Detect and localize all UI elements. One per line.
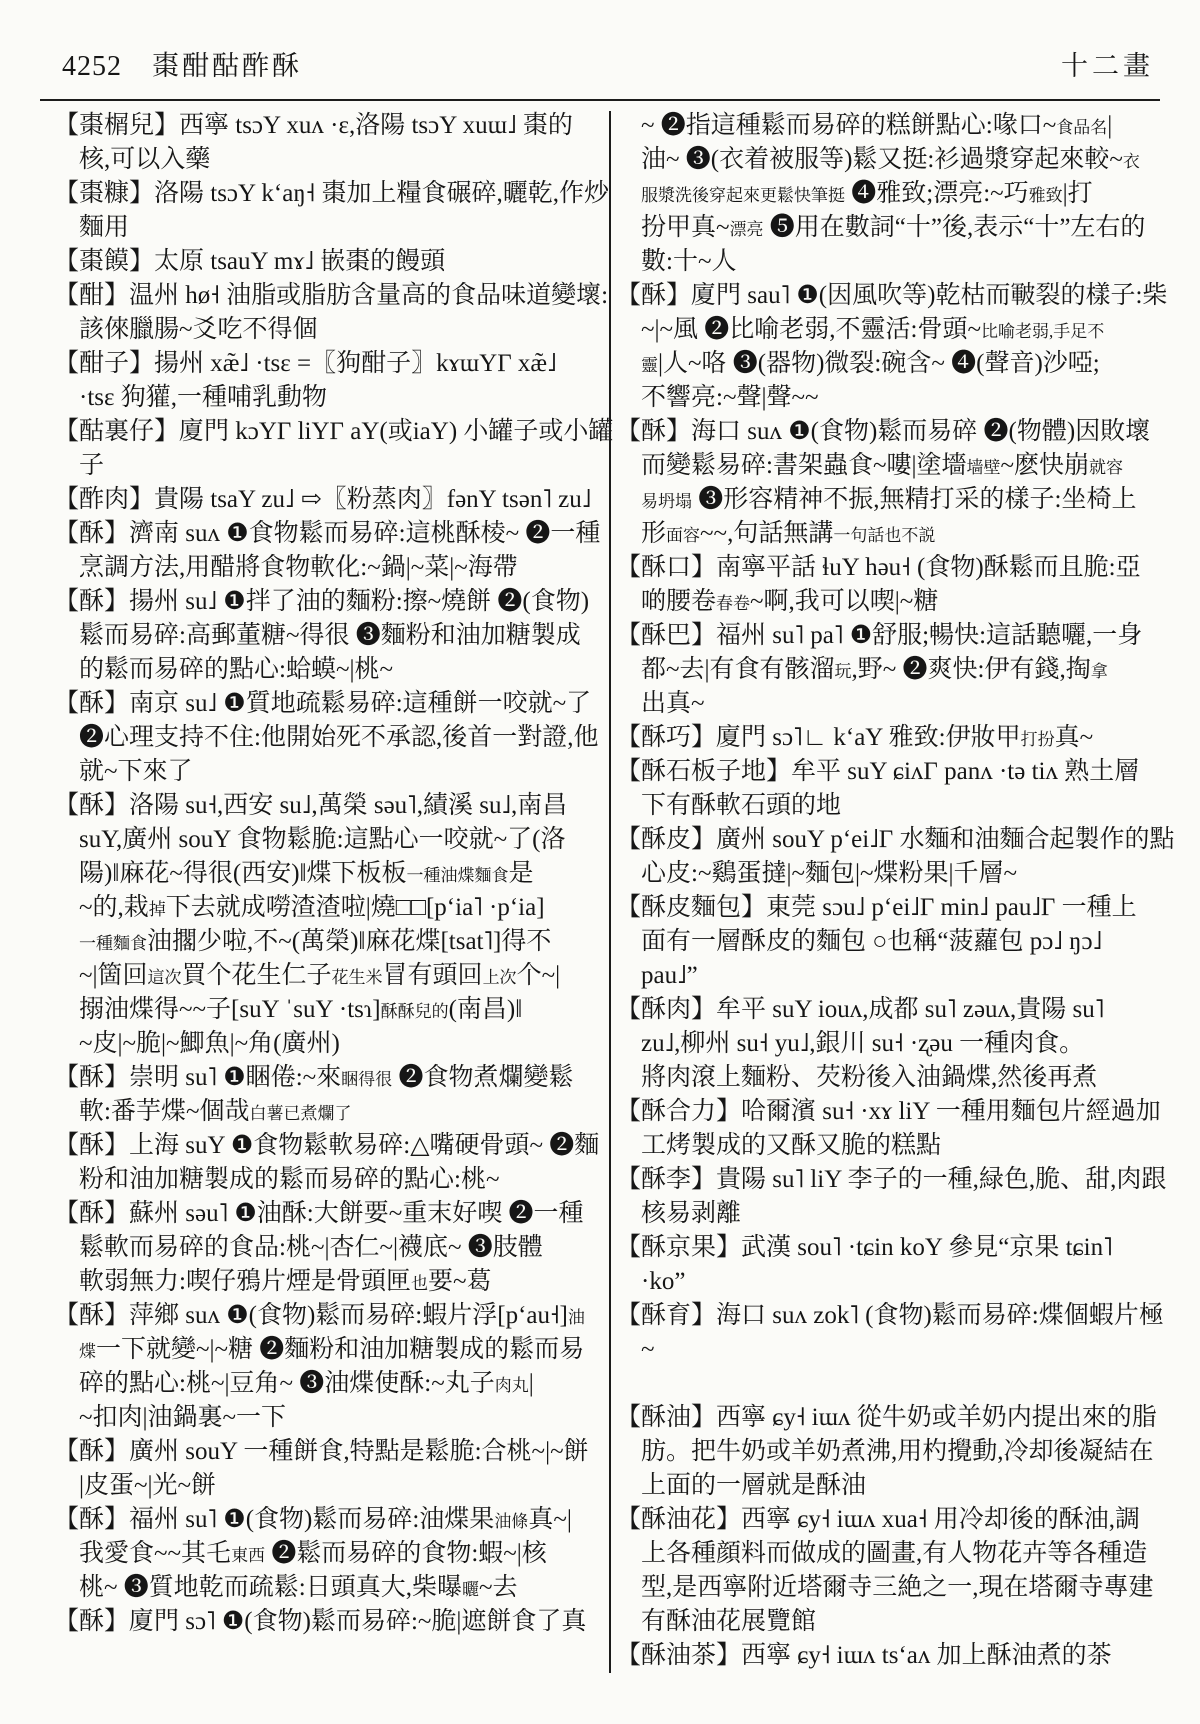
dictionary-line: 肪。把牛奶或羊奶煮沸,用杓攪動,冷却後凝結在 (616, 1435, 1168, 1469)
entry-text: 軟:番芋煠~個哉 (79, 1098, 249, 1125)
dictionary-line: 一種麵食油擱少啦,不~(萬榮)‖麻花煠[tsat˥]得不 (54, 925, 606, 959)
entry-text: ~|箇回 (79, 962, 148, 989)
gloss-small-text: 煠 (79, 1342, 96, 1361)
entry-text: 鬆軟而易碎的食品:桃~|杏仁~|襪底~ ❸肢體 (79, 1234, 543, 1261)
dictionary-line: 型,是西寧附近塔爾寺三絶之一,現在塔爾寺專建 (616, 1571, 1168, 1605)
gloss-small-text: 雅致 (1029, 186, 1063, 205)
entry-text: 面有一層酥皮的麵包 ○也稱“菠蘿包 pɔ˩ ŋɔ˩ (641, 928, 1102, 955)
running-head-right: 十二畫 (1061, 50, 1154, 82)
dictionary-line: ~ (616, 1333, 1168, 1367)
entry-text: 我愛食~~其乇 (79, 1540, 231, 1567)
dictionary-line: 扮甲真~漂亮 ❺用在數詞“十”後,表示“十”左右的 (616, 211, 1168, 245)
gloss-small-text: 酥酥兒的 (381, 1002, 449, 1021)
entry-text: 形 (641, 520, 666, 547)
dictionary-line: 而變鬆易碎:書架蟲食~嘍|塗墻墙壁~麽快崩就容 (616, 449, 1168, 483)
gloss-small-text: 靈 (641, 356, 658, 375)
gloss-small-text: 食品名 (1056, 118, 1107, 137)
dictionary-line: 油~ ❸(衣着被服等)鬆又挺:衫過漿穿起來較~衣 (616, 143, 1168, 177)
entry-text: 【酥】濟南 suʌ ❶食物鬆而易碎:這桃酥棱~ ❷一種 (54, 520, 600, 547)
entry-text: 【酥京果】武漢 sou˥ ·tɕin koY 參見“京果 tɕin˥ (616, 1234, 1113, 1261)
dictionary-line: 上面的一層就是酥油 (616, 1469, 1168, 1503)
entry-text: 【酥】福州 su˥ ❶(食物)鬆而易碎:油煠果 (54, 1506, 494, 1533)
dictionary-line: ~ ❷指這種鬆而易碎的糕餅點心:喙口~食品名| (616, 109, 1168, 143)
entry-text: 【酥】萍鄉 suʌ ❶(食物)鬆而易碎:蝦片浮[pʻau˧] (54, 1302, 568, 1329)
entry-text: 【酥油花】西寧 ɕy˧ iɯʌ xua˧ 用冷却後的酥油,調 (616, 1506, 1140, 1533)
dictionary-line: 就~下來了 (54, 755, 606, 789)
dictionary-line: 軟:番芋煠~個哉白薯已煮爛了 (54, 1095, 606, 1129)
dictionary-line: 粉和油加糖製成的鬆而易碎的點心:桃~ (54, 1163, 606, 1197)
gloss-small-text: 衣 (1123, 152, 1140, 171)
dictionary-line: 核易剥離 (616, 1197, 1168, 1231)
entry-text: 下有酥軟石頭的地 (641, 792, 841, 819)
dictionary-line: 【酥油茶】西寧 ɕy˧ iɯʌ tsʻaʌ 加上酥油煮的茶 (616, 1639, 1168, 1673)
entry-text: 不響亮:~聲|聲~~ (641, 384, 819, 411)
gloss-small-text: 上次 (483, 968, 517, 987)
entry-text: 【酥】廈門 sɔ˥ ❶(食物)鬆而易碎:~脆|遮餅食了真 (54, 1608, 586, 1635)
entry-text: 核易剥離 (641, 1200, 741, 1227)
dictionary-content: 【棗榍兒】西寧 tsɔY xuʌ ·ɛ,洛陽 tsɔY xuɯ˩ 棗的核,可以入… (54, 109, 1168, 1673)
dictionary-line: 【酥肉】牟平 suY iouʌ,成都 su˥ zəuʌ,貴陽 su˥ (616, 993, 1168, 1027)
dictionary-line: pau˩” (616, 959, 1168, 993)
left-column: 【棗榍兒】西寧 tsɔY xuʌ ·ɛ,洛陽 tsɔY xuɯ˩ 棗的核,可以入… (54, 109, 606, 1673)
entry-text: 【酥】洛陽 su˧,西安 su˩,萬榮 səu˥,績溪 su˩,南昌 (54, 792, 567, 819)
entry-text: 真~ (1055, 724, 1094, 751)
entry-text: 是 (509, 860, 534, 887)
dictionary-line: 搦油煠得~~子[suY ˈsuY ·tsɿ]酥酥兒的(南昌)‖ (54, 993, 606, 1027)
dictionary-line: 靈|人~咯 ❸(器物)微裂:碗含~ ❹(聲音)沙啞; (616, 347, 1168, 381)
running-head: 4252 棗酣酤酢酥 十二畫 (62, 50, 1154, 83)
entry-text: ~啊,我可以喫|~糖 (750, 588, 938, 615)
dictionary-line: 將肉滾上麵粉、芡粉後入油鍋煠,然後再煮 (616, 1061, 1168, 1095)
dictionary-line: 【酥】崇明 su˥ ❶睏倦:~來睏得很 ❷食物煮爛變鬆 (54, 1061, 606, 1095)
dictionary-line: 核,可以入藥 (54, 143, 606, 177)
dictionary-line: 【酥】南京 su˩ ❶質地疏鬆易碎:這種餅一咬就~了 (54, 687, 606, 721)
entry-text: 个~| (517, 962, 561, 989)
entry-text: (南昌)‖ (449, 996, 523, 1023)
dictionary-line: 【棗糠】洛陽 tsɔY kʻaŋ˧ 棗加上糧食碾碎,曬乾,作炒 (54, 177, 606, 211)
dictionary-line: 【酤裏仔】廈門 kɔYΓ liYΓ aY(或iaY) 小罐子或小罐 (54, 415, 606, 449)
entry-text: 而變鬆易碎:書架蟲食~嘍|塗墻 (641, 452, 966, 479)
entry-text: zu˩,柳州 su˧ yu˩,銀川 su˧ ·ʐəu 一種肉食。 (641, 1030, 1084, 1057)
dictionary-line: 【酥石板子地】牟平 suY ɕiʌΓ panʌ ·tə tiʌ 熟土層 (616, 755, 1168, 789)
entry-text: 買个花生仁子 (182, 962, 332, 989)
dictionary-line: 【棗饃】太原 tsauY mɤ˩ 嵌棗的饅頭 (54, 245, 606, 279)
entry-text: 的鬆而易碎的點心:蛤蟆~|桃~ (79, 656, 393, 683)
gloss-small-text: 玩 (835, 662, 852, 681)
entry-text: 粉和油加糖製成的鬆而易碎的點心:桃~ (79, 1166, 499, 1193)
gloss-small-text: 曬 (462, 1580, 479, 1599)
dictionary-line: 【酢肉】貴陽 tsaY zu˩ ⇨〖粉蒸肉〗fənY tsən˥ zu˩ (54, 483, 606, 517)
gloss-small-text: 掉 (149, 900, 166, 919)
dictionary-line: 心皮:~鷄蛋撻|~麵包|~煠粉果|千層~ (616, 857, 1168, 891)
gloss-small-text: 拿 (1091, 662, 1108, 681)
entry-text: 【酥】蘇州 səu˥ ❶油酥:大餅要~重末好喫 ❷一種 (54, 1200, 584, 1227)
entry-text: ~皮|~脆|~鯽魚|~角(廣州) (79, 1030, 340, 1057)
entry-text: 核,可以入藥 (79, 146, 210, 173)
entry-text: ~的,栽 (79, 894, 149, 921)
entry-text: 碎的點心:桃~|豆角~ ❸油煠使酥:~丸子 (79, 1370, 495, 1397)
entry-text: 【酥口】南寧平話 ɬuY həu˧ (食物)酥鬆而且脆:亞 (616, 554, 1141, 581)
entry-text: 肪。把牛奶或羊奶煮沸,用杓攪動,冷却後凝結在 (641, 1438, 1154, 1465)
entry-text: ~去 (479, 1574, 518, 1601)
gloss-small-text: 服漿洗後穿起來更鬆快筆挺 (641, 186, 845, 205)
gloss-small-text: 一種麵食 (79, 934, 147, 953)
entry-text: ~~,句話無講 (700, 520, 833, 547)
entry-text: 【酥油】西寧 ɕy˧ iɯʌ 從牛奶或羊奶内提出來的脂 (616, 1404, 1157, 1431)
dictionary-line: 數:十~人 (616, 245, 1168, 279)
dictionary-line: 【酥】廈門 sau˥ ❶(因風吹等)乾枯而皸裂的樣子:柴 (616, 279, 1168, 313)
dictionary-line: 都~去|有食有骸溜玩,野~ ❷爽快:伊有錢,掏拿 (616, 653, 1168, 687)
entry-text: | (1107, 112, 1112, 139)
entry-text: pau˩” (641, 962, 698, 989)
dictionary-line: 我愛食~~其乇東西 ❷鬆而易碎的食物:蝦~|核 (54, 1537, 606, 1571)
dictionary-line: ~皮|~脆|~鯽魚|~角(廣州) (54, 1027, 606, 1061)
dictionary-line: 下有酥軟石頭的地 (616, 789, 1168, 823)
dictionary-line (616, 1367, 1168, 1401)
entry-text: ❹雅致;漂亮:~巧 (845, 180, 1029, 207)
dictionary-line: 【酣】温州 hø˧ 油脂或脂肪含量高的食品味道變壞: (54, 279, 606, 313)
entry-text: 都~去|有食有骸溜 (641, 656, 835, 683)
entry-text: 上面的一層就是酥油 (641, 1472, 866, 1499)
dictionary-line: ❷心理支持不住:他開始死不承認,後首一對證,他 (54, 721, 606, 755)
entry-text: 出真~ (641, 690, 705, 717)
entry-text: 【酥石板子地】牟平 suY ɕiʌΓ panʌ ·tə tiʌ 熟土層 (616, 758, 1139, 785)
gloss-small-text: 花生米 (332, 968, 383, 987)
entry-text: 【酥】上海 suY ❶食物鬆軟易碎:△嘴硬骨頭~ ❷麵 (54, 1132, 599, 1159)
entry-text: 扮甲真~ (641, 214, 730, 241)
entry-text: 鬆而易碎:高郵董糖~得很 ❸麵粉和油加糖製成 (79, 622, 581, 649)
dictionary-line: 【酣子】揚州 xæ̃˩ ·tsɛ =〖狗酣子〗kɤɯYΓ xæ̃˩ (54, 347, 606, 381)
dictionary-line: 【酥】濟南 suʌ ❶食物鬆而易碎:這桃酥棱~ ❷一種 (54, 517, 606, 551)
dictionary-line: 【酥巴】福州 su˥ pa˥ ❶舒服;暢快:這話聽囇,一身 (616, 619, 1168, 653)
dictionary-line: 該倈臘腸~爻吃不得個 (54, 313, 606, 347)
entry-text: 【酣子】揚州 xæ̃˩ ·tsɛ =〖狗酣子〗kɤɯYΓ xæ̃˩ (54, 350, 557, 377)
entry-text: ❸形容精神不振,無精打采的樣子:坐椅上 (692, 486, 1136, 513)
entry-text: 【酢肉】貴陽 tsaY zu˩ ⇨〖粉蒸肉〗fənY tsən˥ zu˩ (54, 486, 591, 513)
gloss-small-text: 打扮 (1021, 730, 1055, 749)
entry-text: 有酥油花展覽館 (641, 1608, 816, 1635)
gloss-small-text: 油條 (494, 1512, 528, 1531)
entry-text: ❷心理支持不住:他開始死不承認,後首一對證,他 (79, 724, 598, 751)
dictionary-line: 【酥京果】武漢 sou˥ ·tɕin koY 參見“京果 tɕin˥ (616, 1231, 1168, 1265)
dictionary-line: 【酥】洛陽 su˧,西安 su˩,萬榮 səu˥,績溪 su˩,南昌 (54, 789, 606, 823)
dictionary-line: 鬆而易碎:高郵董糖~得很 ❸麵粉和油加糖製成 (54, 619, 606, 653)
entry-text: 【酥油茶】西寧 ɕy˧ iɯʌ tsʻaʌ 加上酥油煮的茶 (616, 1642, 1112, 1669)
dictionary-line: 碎的點心:桃~|豆角~ ❸油煠使酥:~丸子肉丸| (54, 1367, 606, 1401)
dictionary-line: 有酥油花展覽館 (616, 1605, 1168, 1639)
gloss-small-text: 油 (568, 1308, 585, 1327)
entry-text: ~|~風 ❷比喻老弱,不靈活:骨頭~ (641, 316, 981, 343)
entry-text: 【酥育】海口 suʌ zok˥ (食物)鬆而易碎:煠個蝦片極 (616, 1302, 1164, 1329)
entry-text: 【酥】崇明 su˥ ❶睏倦:~來 (54, 1064, 341, 1091)
gloss-small-text: 漂亮 (730, 220, 764, 239)
gloss-small-text: 一種油煠麵食 (407, 866, 509, 885)
entry-text: 【酥皮】廣州 souY pʻei˩Γ 水麵和油麵合起製作的點 (616, 826, 1175, 853)
entry-text: 該倈臘腸~爻吃不得個 (79, 316, 318, 343)
entry-text: ~ (641, 1336, 655, 1363)
entry-text: ~扣肉|油鍋裏~一下 (79, 1404, 286, 1431)
entry-text: 【棗糠】洛陽 tsɔY kʻaŋ˧ 棗加上糧食碾碎,曬乾,作炒 (54, 180, 609, 207)
dictionary-line: 易坍塌 ❸形容精神不振,無精打采的樣子:坐椅上 (616, 483, 1168, 517)
entry-text: ,野~ ❷爽快:伊有錢,掏 (852, 656, 1091, 683)
gloss-small-text: 墙壁 (966, 458, 1000, 477)
header-rule (40, 99, 1160, 101)
entry-text: 上各種顔料而做成的圖畫,有人物花卉等各種造 (641, 1540, 1147, 1567)
entry-text: 子 (79, 452, 104, 479)
entry-text: ❺用在數詞“十”後,表示“十”左右的 (764, 214, 1146, 241)
entry-text: 【酥合力】哈爾濱 su˧ ·xɤ liY 一種用麵包片經過加 (616, 1098, 1161, 1125)
entry-text: ~ ❷指這種鬆而易碎的糕餅點心:喙口~ (641, 112, 1056, 139)
gloss-small-text: 易坍塌 (641, 492, 692, 511)
entry-text: 【棗榍兒】西寧 tsɔY xuʌ ·ɛ,洛陽 tsɔY xuɯ˩ 棗的 (54, 112, 573, 139)
gloss-small-text: 就容 (1089, 458, 1123, 477)
dictionary-line: ~的,栽掉下去就成嘮渣渣啦|燒□□[pʻia˥ ·pʻia] (54, 891, 606, 925)
entry-text: ❷食物煮爛變鬆 (392, 1064, 573, 1091)
dictionary-line: 出真~ (616, 687, 1168, 721)
entry-text: 油擱少啦,不~(萬榮)‖麻花煠[tsat˥]得不 (147, 928, 551, 955)
dictionary-line: 【酥皮麵包】東莞 sɔu˩ pʻei˩Γ min˩ pau˩Γ 一種上 (616, 891, 1168, 925)
dictionary-line: 【酥】廈門 sɔ˥ ❶(食物)鬆而易碎:~脆|遮餅食了真 (54, 1605, 606, 1639)
entry-text: ~麽快崩 (1000, 452, 1089, 479)
dictionary-line: ~|~風 ❷比喻老弱,不靈活:骨頭~比喻老弱,手足不 (616, 313, 1168, 347)
running-head-left: 4252 棗酣酤酢酥 (62, 50, 302, 83)
entry-text: 【酥巴】福州 su˥ pa˥ ❶舒服;暢快:這話聽囇,一身 (616, 622, 1142, 649)
dictionary-line: 麵用 (54, 211, 606, 245)
entry-text: |人~咯 ❸(器物)微裂:碗含~ ❹(聲音)沙啞; (658, 350, 1100, 377)
entry-text: 【酤裏仔】廈門 kɔYΓ liYΓ aY(或iaY) 小罐子或小罐 (54, 418, 613, 445)
entry-text: 陽)‖麻花~得很(西安)‖煠下板板 (79, 860, 407, 887)
gloss-small-text: 也 (411, 1274, 428, 1293)
entry-text: 下去就成嘮渣渣啦|燒□□[pʻia˥ ·pʻia] (166, 894, 545, 921)
dictionary-line: 【酥油花】西寧 ɕy˧ iɯʌ xua˧ 用冷却後的酥油,調 (616, 1503, 1168, 1537)
section-label: 十二畫 (1061, 51, 1154, 81)
dictionary-line: 【棗榍兒】西寧 tsɔY xuʌ ·ɛ,洛陽 tsɔY xuɯ˩ 棗的 (54, 109, 606, 143)
entry-text: 將肉滾上麵粉、芡粉後入油鍋煠,然後再煮 (641, 1064, 1097, 1091)
dictionary-line: 形面容~~,句話無講一句話也不説 (616, 517, 1168, 551)
dictionary-line: 【酥巧】廈門 sɔ˥∟ kʻaY 雅致:伊妝甲打扮真~ (616, 721, 1168, 755)
dictionary-page: 4252 棗酣酤酢酥 十二畫 【棗榍兒】西寧 tsɔY xuʌ ·ɛ,洛陽 ts… (0, 0, 1200, 1724)
entry-text: |皮蛋~|光~餅 (79, 1472, 216, 1499)
column-divider (609, 111, 611, 1673)
dictionary-line: ~|箇回這次買个花生仁子花生米冒有頭回上次个~| (54, 959, 606, 993)
gloss-small-text: 白薯已煮爛了 (249, 1104, 351, 1123)
entry-text: | (529, 1370, 534, 1397)
dictionary-line: 服漿洗後穿起來更鬆快筆挺 ❹雅致;漂亮:~巧雅致|打 (616, 177, 1168, 211)
dictionary-line: 【酥皮】廣州 souY pʻei˩Γ 水麵和油麵合起製作的點 (616, 823, 1168, 857)
entry-text: 就~下來了 (79, 758, 193, 785)
dictionary-line: 軟弱無力:喫仔鴉片煙是骨頭匣也要~葛 (54, 1265, 606, 1299)
dictionary-line: 【酥】揚州 su˩ ❶拌了油的麵粉:擦~燒餅 ❷(食物) (54, 585, 606, 619)
gloss-small-text: 春卷 (716, 594, 750, 613)
gloss-small-text: 肉丸 (495, 1376, 529, 1395)
gloss-small-text: 這次 (148, 968, 182, 987)
dictionary-line: 子 (54, 449, 606, 483)
dictionary-line: 【酥油】西寧 ɕy˧ iɯʌ 從牛奶或羊奶内提出來的脂 (616, 1401, 1168, 1435)
dictionary-line: 上各種顔料而做成的圖畫,有人物花卉等各種造 (616, 1537, 1168, 1571)
gloss-small-text: 一句話也不説 (833, 526, 935, 545)
dictionary-line: 【酥李】貴陽 su˥ liY 李子的一種,緑色,脆、甜,肉跟 (616, 1163, 1168, 1197)
entry-text: 【酥巧】廈門 sɔ˥∟ kʻaY 雅致:伊妝甲 (616, 724, 1021, 751)
right-column: ~ ❷指這種鬆而易碎的糕餅點心:喙口~食品名|油~ ❸(衣着被服等)鬆又挺:衫過… (616, 109, 1168, 1673)
dictionary-line: ·ko” (616, 1265, 1168, 1299)
entry-text: 【酥】廈門 sau˥ ❶(因風吹等)乾枯而皸裂的樣子:柴 (616, 282, 1167, 309)
entry-text: 型,是西寧附近塔爾寺三絶之一,現在塔爾寺專建 (641, 1574, 1154, 1601)
dictionary-line: 面有一層酥皮的麵包 ○也稱“菠蘿包 pɔ˩ ŋɔ˩ (616, 925, 1168, 959)
entry-text: 【酥李】貴陽 su˥ liY 李子的一種,緑色,脆、甜,肉跟 (616, 1166, 1166, 1193)
entry-text: 油~ ❸(衣着被服等)鬆又挺:衫過漿穿起來較~ (641, 146, 1123, 173)
entry-text: 【棗饃】太原 tsauY mɤ˩ 嵌棗的饅頭 (54, 248, 445, 275)
dictionary-line: 【酥】萍鄉 suʌ ❶(食物)鬆而易碎:蝦片浮[pʻau˧]油 (54, 1299, 606, 1333)
dictionary-line: 鬆軟而易碎的食品:桃~|杏仁~|襪底~ ❸肢體 (54, 1231, 606, 1265)
dictionary-line: 啲腰卷春卷~啊,我可以喫|~糖 (616, 585, 1168, 619)
entry-text: ·tsɛ 狗獾,一種哺乳動物 (79, 384, 327, 411)
entry-text: ·ko” (641, 1268, 685, 1295)
entry-text: 麵用 (79, 214, 129, 241)
entry-text: 數:十~人 (641, 248, 736, 275)
entry-text: 真~| (528, 1506, 572, 1533)
entry-text: 桃~ ❸質地乾而疏鬆:日頭真大,柴曝 (79, 1574, 462, 1601)
dictionary-line: 工烤製成的又酥又脆的糕點 (616, 1129, 1168, 1163)
gloss-small-text: 睏得很 (341, 1070, 392, 1089)
entry-text: ❷鬆而易碎的食物:蝦~|核 (265, 1540, 547, 1567)
dictionary-line: 陽)‖麻花~得很(西安)‖煠下板板一種油煠麵食是 (54, 857, 606, 891)
gloss-small-text: 比喻老弱,手足不 (981, 322, 1104, 341)
entry-text: 心皮:~鷄蛋撻|~麵包|~煠粉果|千層~ (641, 860, 1017, 887)
entry-text: |打 (1063, 180, 1093, 207)
gloss-small-text: 面容 (666, 526, 700, 545)
entry-text: 一下就變~|~糖 ❷麵粉和油加糖製成的鬆而易 (96, 1336, 584, 1363)
dictionary-line: 【酥育】海口 suʌ zok˥ (食物)鬆而易碎:煠個蝦片極 (616, 1299, 1168, 1333)
dictionary-line: 煠一下就變~|~糖 ❷麵粉和油加糖製成的鬆而易 (54, 1333, 606, 1367)
dictionary-line: 【酥口】南寧平話 ɬuY həu˧ (食物)酥鬆而且脆:亞 (616, 551, 1168, 585)
dictionary-line: ~扣肉|油鍋裏~一下 (54, 1401, 606, 1435)
entry-text: 搦油煠得~~子[suY ˈsuY ·tsɿ] (79, 996, 381, 1023)
dictionary-line: |皮蛋~|光~餅 (54, 1469, 606, 1503)
entry-text: 【酥】南京 su˩ ❶質地疏鬆易碎:這種餅一咬就~了 (54, 690, 591, 717)
entry-text: 冒有頭回 (383, 962, 483, 989)
dictionary-line: 的鬆而易碎的點心:蛤蟆~|桃~ (54, 653, 606, 687)
entry-text: 烹調方法,用醋將食物軟化:~鍋|~菜|~海帶 (79, 554, 518, 581)
dictionary-line: suY,廣州 souY 食物鬆脆:這點心一咬就~了(洛 (54, 823, 606, 857)
dictionary-line: 【酥】福州 su˥ ❶(食物)鬆而易碎:油煠果油條真~| (54, 1503, 606, 1537)
entry-text: 【酥皮麵包】東莞 sɔu˩ pʻei˩Γ min˩ pau˩Γ 一種上 (616, 894, 1137, 921)
entry-text: 【酥】廣州 souY 一種餅食,特點是鬆脆:合桃~|~餅 (54, 1438, 589, 1465)
dictionary-line: 【酥】廣州 souY 一種餅食,特點是鬆脆:合桃~|~餅 (54, 1435, 606, 1469)
entry-text: 【酣】温州 hø˧ 油脂或脂肪含量高的食品味道變壞: (54, 282, 608, 309)
dictionary-line: 烹調方法,用醋將食物軟化:~鍋|~菜|~海帶 (54, 551, 606, 585)
dictionary-line: 【酥】海口 suʌ ❶(食物)鬆而易碎 ❷(物體)因敗壞 (616, 415, 1168, 449)
entry-text: 【酥】海口 suʌ ❶(食物)鬆而易碎 ❷(物體)因敗壞 (616, 418, 1150, 445)
dictionary-line: ·tsɛ 狗獾,一種哺乳動物 (54, 381, 606, 415)
guide-words: 棗酣酤酢酥 (152, 50, 302, 82)
page-number: 4252 (62, 51, 122, 83)
entry-text: suY,廣州 souY 食物鬆脆:這點心一咬就~了(洛 (79, 826, 565, 853)
entry-text: 要~葛 (428, 1268, 492, 1295)
entry-text: 工烤製成的又酥又脆的糕點 (641, 1132, 941, 1159)
entry-text: 軟弱無力:喫仔鴉片煙是骨頭匣 (79, 1268, 411, 1295)
gloss-small-text: 東西 (231, 1546, 265, 1565)
dictionary-line: 不響亮:~聲|聲~~ (616, 381, 1168, 415)
dictionary-line: 桃~ ❸質地乾而疏鬆:日頭真大,柴曝曬~去 (54, 1571, 606, 1605)
dictionary-line: 【酥合力】哈爾濱 su˧ ·xɤ liY 一種用麵包片經過加 (616, 1095, 1168, 1129)
dictionary-line: zu˩,柳州 su˧ yu˩,銀川 su˧ ·ʐəu 一種肉食。 (616, 1027, 1168, 1061)
entry-text: 【酥肉】牟平 suY iouʌ,成都 su˥ zəuʌ,貴陽 su˥ (616, 996, 1104, 1023)
dictionary-line: 【酥】蘇州 səu˥ ❶油酥:大餅要~重末好喫 ❷一種 (54, 1197, 606, 1231)
dictionary-line: 【酥】上海 suY ❶食物鬆軟易碎:△嘴硬骨頭~ ❷麵 (54, 1129, 606, 1163)
entry-text: 【酥】揚州 su˩ ❶拌了油的麵粉:擦~燒餅 ❷(食物) (54, 588, 589, 615)
entry-text: 啲腰卷 (641, 588, 716, 615)
